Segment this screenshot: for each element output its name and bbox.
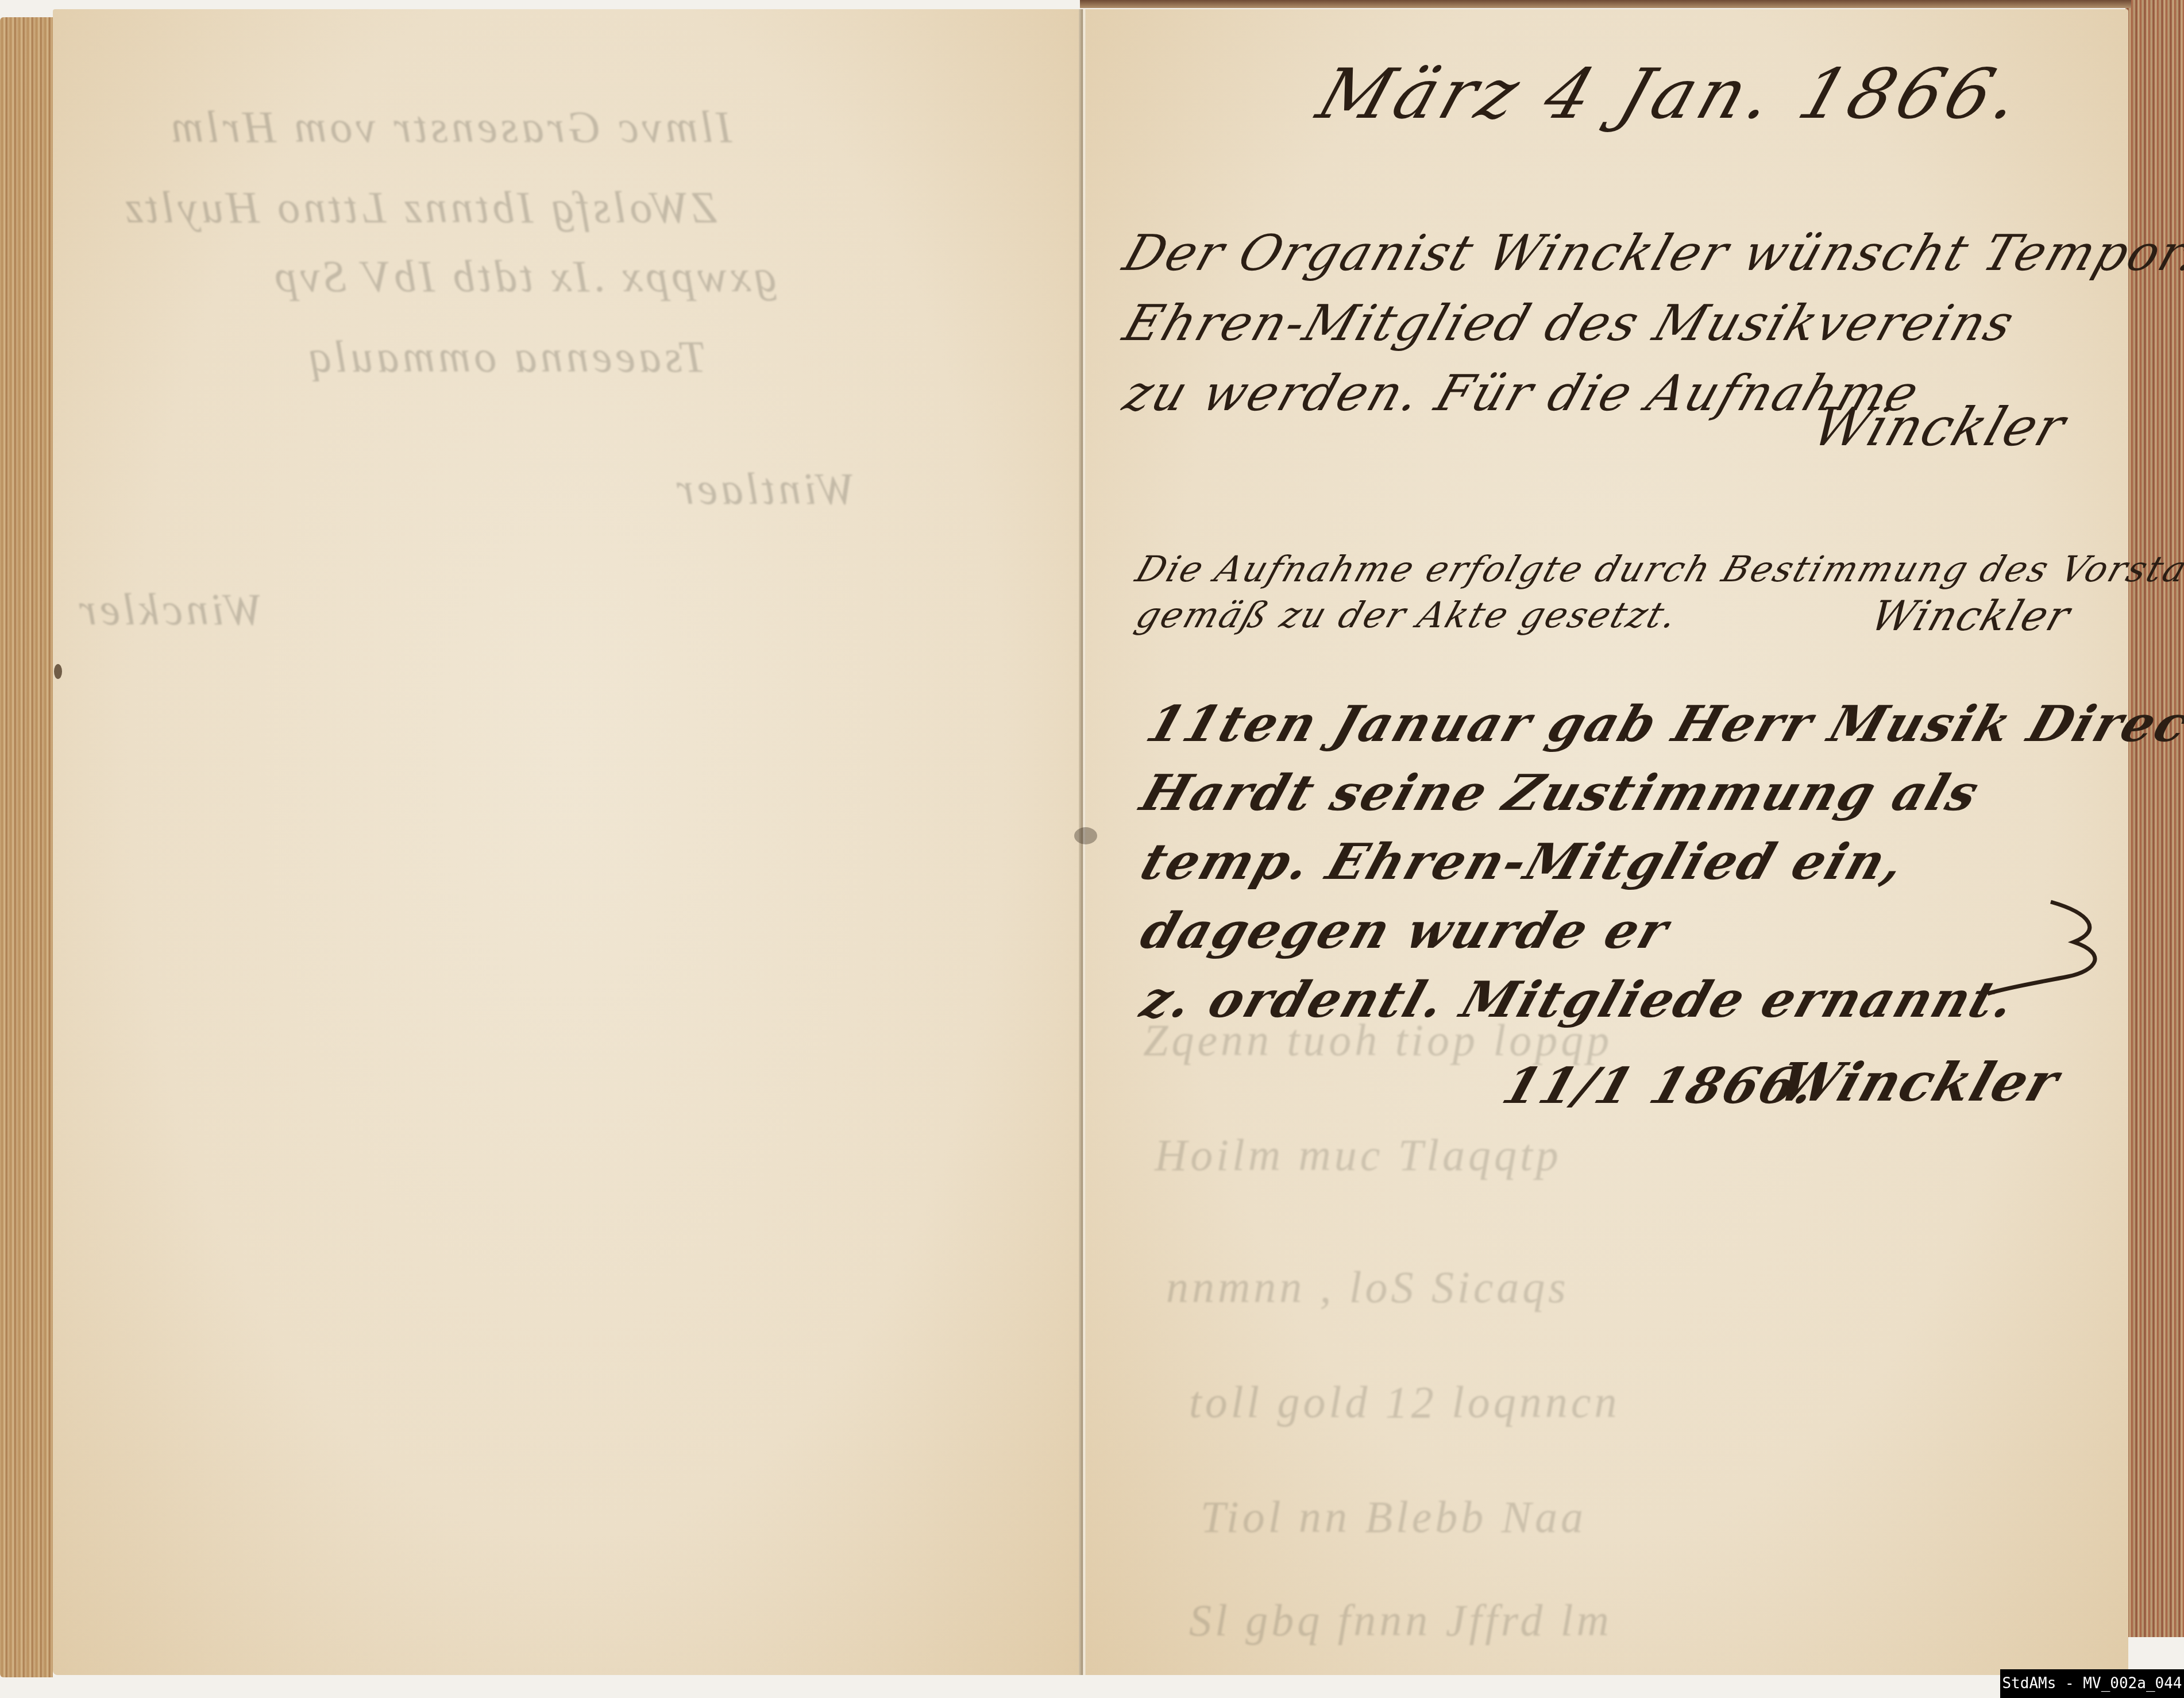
ink-blot bbox=[54, 664, 62, 679]
spine-ink-smudge bbox=[1074, 827, 1097, 844]
entry-3-line: Hardt seine Zustimmung als bbox=[1132, 758, 1989, 828]
entry-3-line: dagegen wurde er bbox=[1132, 896, 1678, 966]
left-page-stack-edge bbox=[0, 17, 53, 1677]
left-page: Ilmvc Grasenstr vom Hrlm ZWolsfg Ibtnnz … bbox=[53, 9, 1081, 1675]
open-ledger-book: Ilmvc Grasenstr vom Hrlm ZWolsfg Ibtnnz … bbox=[0, 0, 2184, 1698]
bleed-through-text: toll gold 12 loqnncn bbox=[1189, 1376, 1620, 1428]
bleed-through-line: gxwppx .Ix tdtb IbV Svp bbox=[271, 250, 777, 302]
entry-2-line: gemäß zu der Akte gesetzt. bbox=[1126, 580, 1689, 650]
entry-3-line: temp. Ehren-Mitglied ein, bbox=[1132, 827, 1915, 897]
entry-date-heading: März 4 Jan. 1866. bbox=[1308, 55, 2035, 134]
bleed-through-line: Tsaeenna ommaulq bbox=[306, 331, 707, 383]
entry-3-signature: Winckler bbox=[1770, 1051, 2067, 1113]
bleed-through-text: Hoilm muc Tlaqqtp bbox=[1155, 1129, 1562, 1181]
entry-1-line: Ehren-Mitglied des Musikvereins bbox=[1114, 288, 2024, 358]
entry-1-line: Der Organist Winckler wünscht Tempor. bbox=[1114, 218, 2184, 288]
top-binding-edge bbox=[1080, 0, 2131, 8]
entry-1-line: zu werden. Für die Aufnahme bbox=[1114, 358, 1929, 429]
entry-1-signature: Winckler bbox=[1805, 396, 2074, 458]
signature-flourish-icon bbox=[1982, 896, 2131, 1011]
bleed-through-line: Wintlaer bbox=[673, 463, 855, 515]
bleed-through-text: Sl gbq fnnn Jffrd lm bbox=[1189, 1595, 1612, 1646]
entry-3-line: 11ten Januar gab Herr Musik Director bbox=[1137, 689, 2184, 759]
bleed-through-line: ZWolsfg Ibtnnz Lttno Huyltz bbox=[122, 182, 717, 233]
bleed-through-text: Tiol nn Blebb Naa bbox=[1201, 1491, 1587, 1543]
bleed-through-line: Winckler bbox=[76, 584, 263, 635]
bleed-through-line: Ilmvc Grasenstr vom Hrlm bbox=[168, 101, 732, 153]
entry-3-line: z. ordentl. Mitgliede ernannt. bbox=[1132, 965, 2025, 1035]
archive-reference-label: StdAMs - MV_002a_044 bbox=[2000, 1669, 2184, 1698]
entry-2-signature: Winckler bbox=[1865, 592, 2077, 640]
bleed-through-text: nnmnn , loS Sicaqs bbox=[1166, 1261, 1569, 1313]
